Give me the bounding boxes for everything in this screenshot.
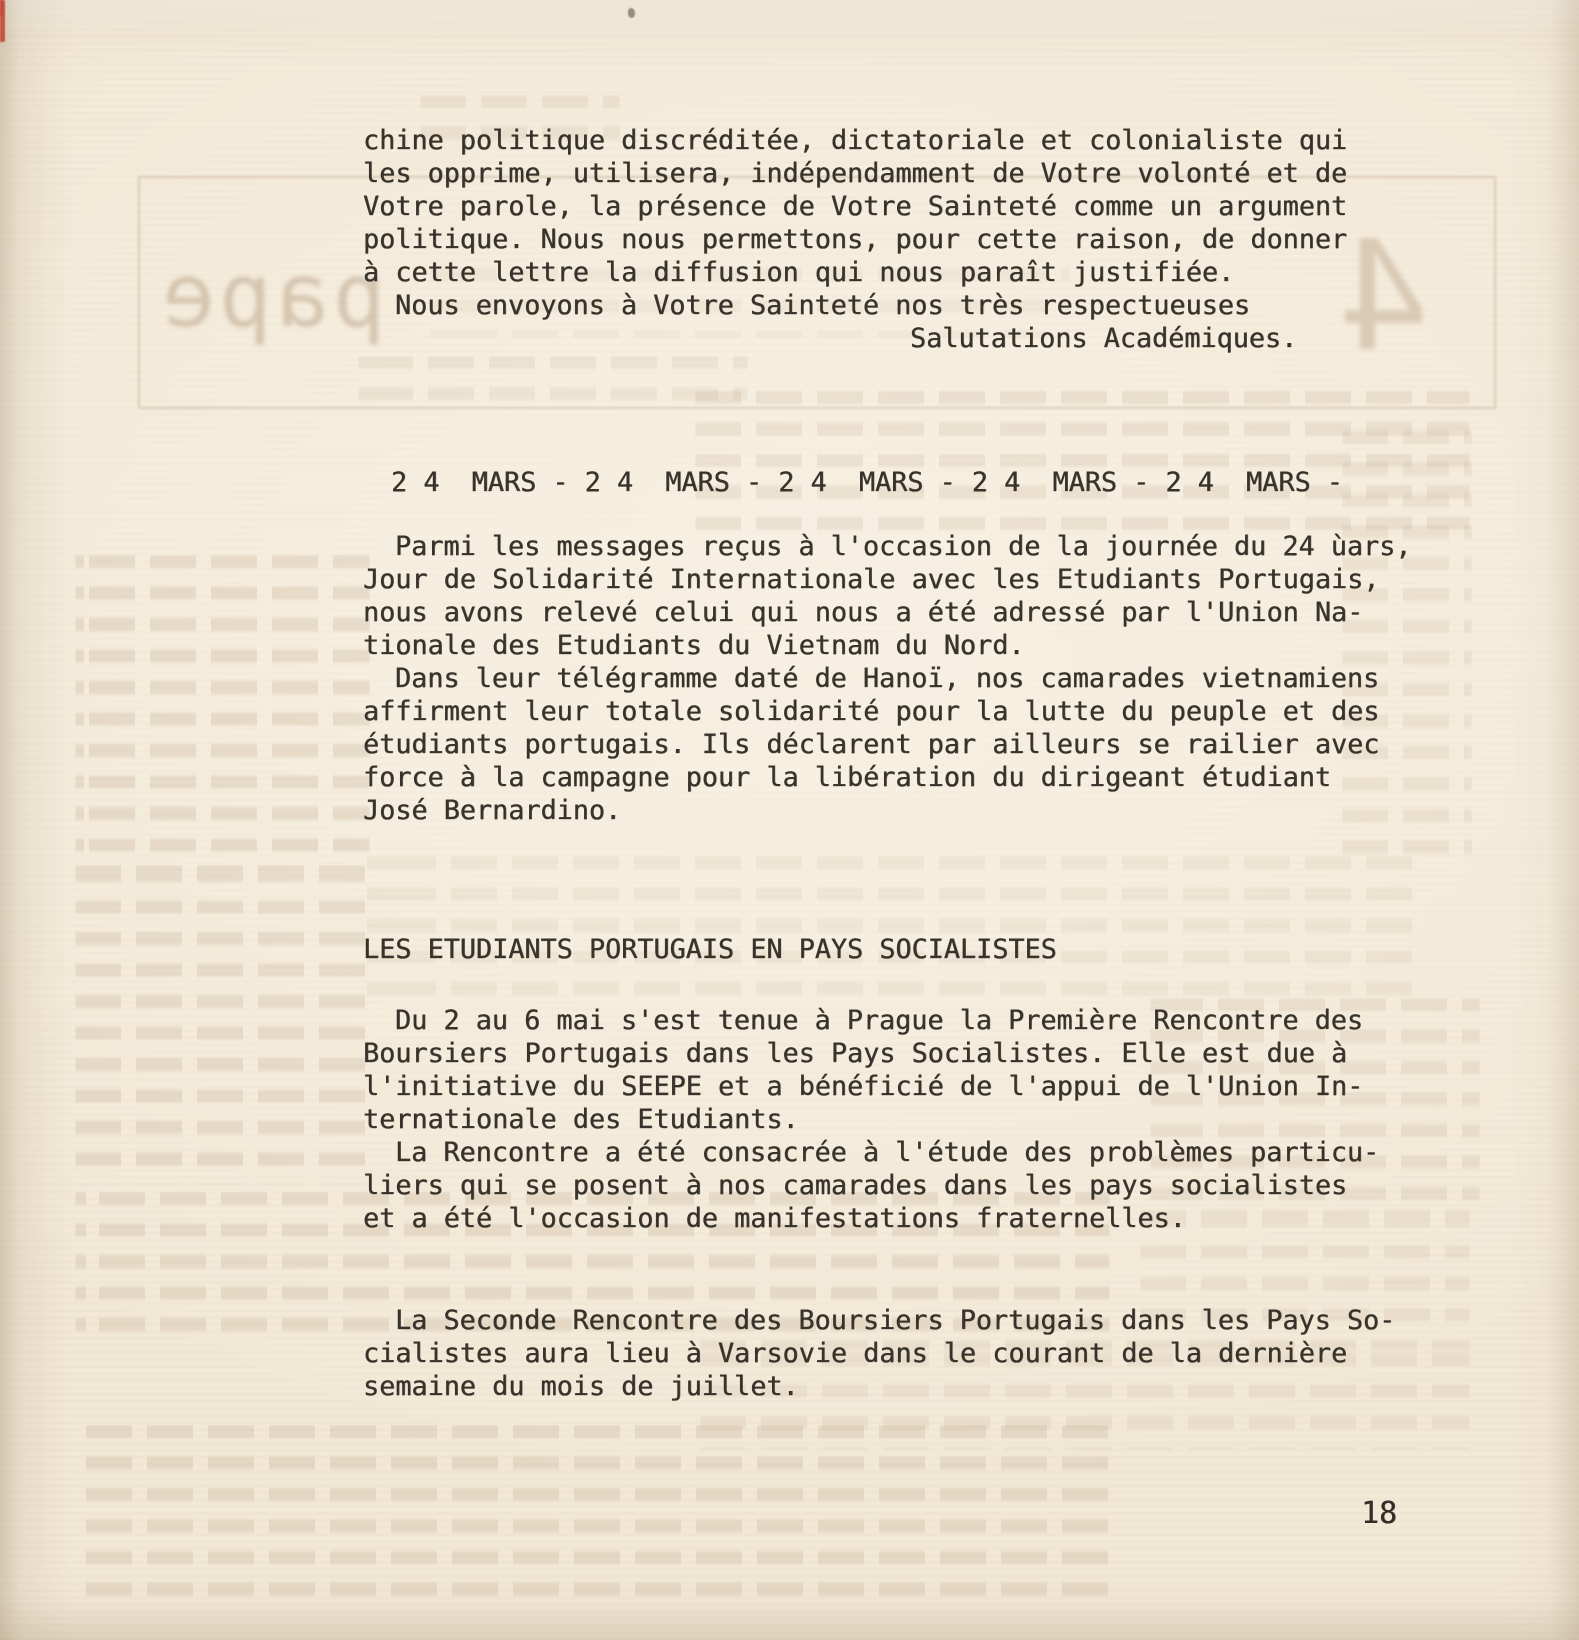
- ghost-headline-word: pape: [158, 244, 386, 347]
- text-line: Votre parole, la présence de Votre Saint…: [363, 190, 1347, 223]
- text-line: étudiants portugais. Ils déclarent par a…: [363, 728, 1379, 761]
- text-line: cialistes aura lieu à Varsovie dans le c…: [363, 1337, 1395, 1370]
- paragraph-prague-meeting: Du 2 au 6 mai s'est tenue à Prague la Pr…: [363, 1004, 1363, 1136]
- text-line: Dans leur télégramme daté de Hanoï, nos …: [363, 662, 1379, 695]
- text-line: affirment leur totale solidarité pour la…: [363, 695, 1379, 728]
- paragraph-hanoi-telegram: Dans leur télégramme daté de Hanoï, nos …: [363, 662, 1379, 827]
- text-line: l'initiative du SEEPE et a bénéficié de …: [363, 1070, 1363, 1103]
- letter-salutation-line: Salutations Académiques.: [910, 322, 1297, 355]
- text-line: La Seconde Rencontre des Boursiers Portu…: [363, 1304, 1395, 1337]
- letter-signoff: Nous envoyons à Votre Sainteté nos très …: [363, 289, 1250, 322]
- text-line: Parmi les messages reçus à l'occasion de…: [363, 530, 1411, 563]
- ghost-text-smudge: [360, 856, 1420, 1001]
- dust-speck: [628, 8, 635, 18]
- text-line: La Rencontre a été consacrée à l'étude d…: [363, 1136, 1379, 1169]
- section-heading: LES ETUDIANTS PORTUGAIS EN PAYS SOCIALIS…: [363, 933, 1057, 966]
- ghost-text-smudge: [75, 1425, 1110, 1600]
- letter-salutation: Salutations Académiques.: [910, 322, 1297, 355]
- text-line: et a été l'occasion de manifestations fr…: [363, 1202, 1379, 1235]
- text-line: semaine du mois de juillet.: [363, 1370, 1395, 1403]
- text-line: tionale des Etudiants du Vietnam du Nord…: [363, 629, 1411, 662]
- text-line: politique. Nous nous permettons, pour ce…: [363, 223, 1347, 256]
- text-line: nous avons relevé celui qui nous a été a…: [363, 596, 1411, 629]
- page-number: 18: [1361, 1496, 1397, 1531]
- red-edge-mark-small: [0, 0, 3, 16]
- text-line: ternationale des Etudiants.: [363, 1103, 1363, 1136]
- text-line: les opprime, utilisera, indépendamment d…: [363, 157, 1347, 190]
- paragraph-meeting-topics: La Rencontre a été consacrée à l'étude d…: [363, 1136, 1379, 1235]
- date-separator-line: 2 4 MARS - 2 4 MARS - 2 4 MARS - 2 4 MAR…: [391, 466, 1343, 499]
- paragraph-second-meeting: La Seconde Rencontre des Boursiers Portu…: [363, 1304, 1395, 1403]
- ghost-text-smudge: [75, 865, 370, 1185]
- text-line: chine politique discréditée, dictatorial…: [363, 124, 1347, 157]
- scanned-document-page: pape 4 chine politique discréditée, dict…: [0, 0, 1579, 1640]
- text-line: à cette lettre la diffusion qui nous par…: [363, 256, 1347, 289]
- letter-closing-paragraph: chine politique discréditée, dictatorial…: [363, 124, 1347, 289]
- paragraph-solidarity-day: Parmi les messages reçus à l'occasion de…: [363, 530, 1411, 662]
- text-line: Boursiers Portugais dans les Pays Social…: [363, 1037, 1363, 1070]
- text-line: liers qui se posent à nos camarades dans…: [363, 1169, 1379, 1202]
- section-heading-text: LES ETUDIANTS PORTUGAIS EN PAYS SOCIALIS…: [363, 933, 1057, 966]
- text-line: José Bernardino.: [363, 794, 1379, 827]
- ghost-headline-numeral: 4: [1338, 208, 1430, 385]
- ghost-text-smudge: [75, 555, 370, 855]
- text-line: Du 2 au 6 mai s'est tenue à Prague la Pr…: [363, 1004, 1363, 1037]
- date-separator: 2 4 MARS - 2 4 MARS - 2 4 MARS - 2 4 MAR…: [391, 466, 1343, 499]
- text-line: force à la campagne pour la libération d…: [363, 761, 1379, 794]
- text-line: Jour de Solidarité Internationale avec l…: [363, 563, 1411, 596]
- letter-signoff-line: Nous envoyons à Votre Sainteté nos très …: [363, 289, 1250, 322]
